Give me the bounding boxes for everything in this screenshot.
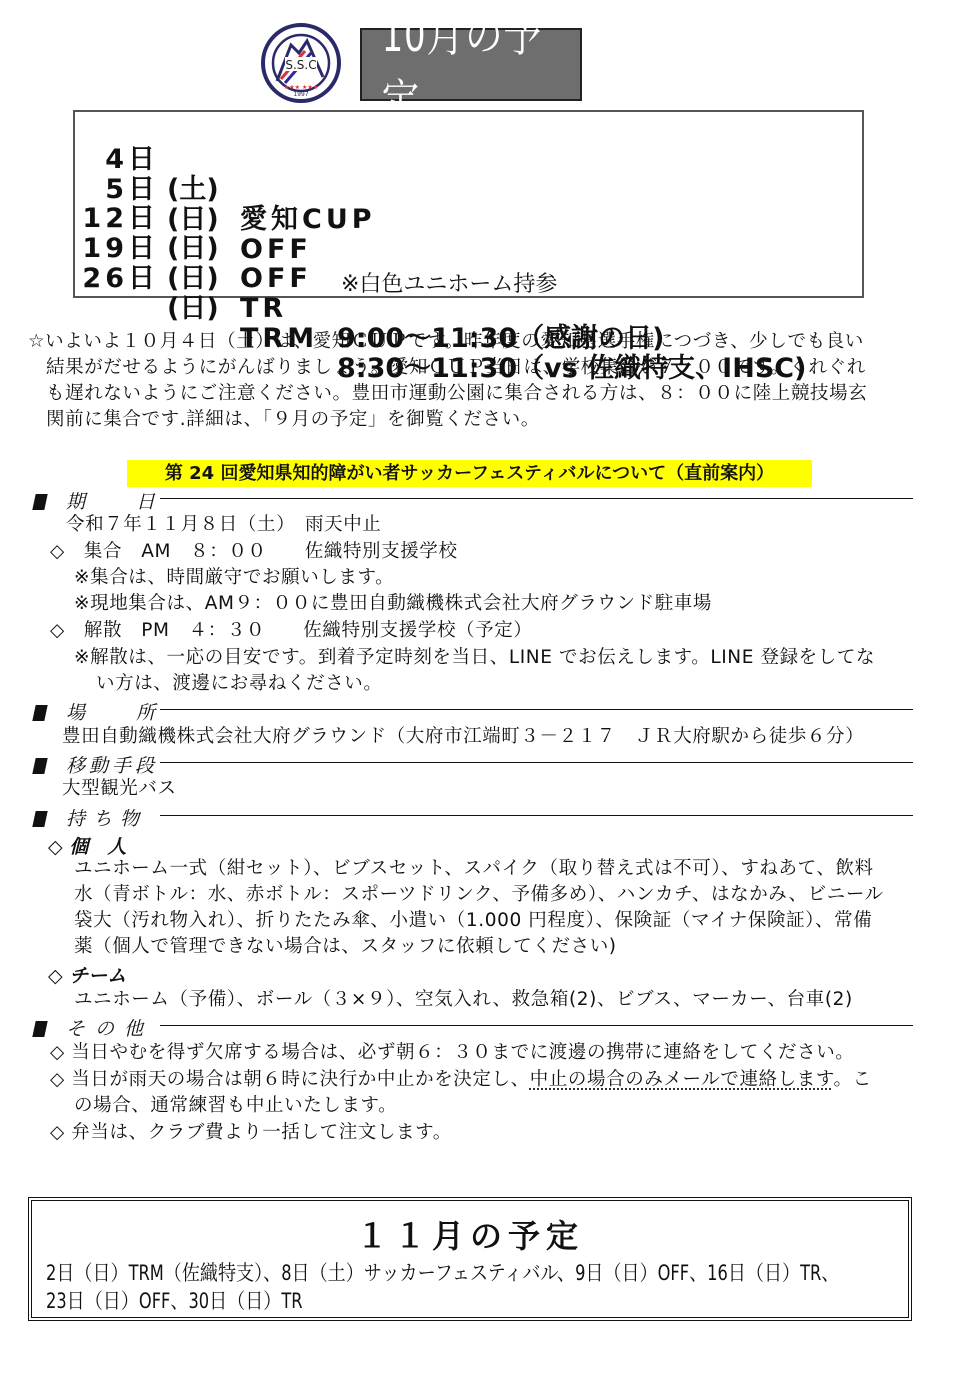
section-belongings-heading: 持ち物 — [34, 804, 147, 828]
intro-paragraph: ☆いよいよ１０月４日（土）は、愛知ＣＵＰです。昨年度の愛知県選手権につづき、少し… — [28, 329, 918, 433]
schedule-weekday: (日) — [167, 234, 219, 264]
section-place-heading: 場 所 — [34, 698, 171, 722]
october-schedule-box: 4日 (土) 愛知CUP 5日 (日) OFF 12日 (日) OFF 19日 … — [73, 110, 864, 298]
team-items-heading: ◇ チーム — [48, 961, 126, 988]
schedule-weekday: (土) — [167, 175, 219, 205]
personal-items-line: ユニホーム一式（紺セット）、ビブスセット、スパイク（取り替え式は不可）、すねあて… — [74, 856, 874, 882]
other-item: ◇ 当日やむを得ず欠席する場合は、必ず朝６：３０までに渡邊の携帯に連絡をしてくだ… — [50, 1040, 854, 1066]
svg-text:★★★ ★★★: ★★★ ★★★ — [284, 84, 318, 91]
dismiss-info: ◇ 解散 PM ４：３０ 佐織特別支援学校（予定） — [50, 618, 532, 644]
festival-heading: 第 24 回愛知県知的障がい者サッカーフェスティバルについて（直前案内） — [127, 460, 812, 487]
personal-items-line: 袋大（汚れ物入れ）、折りたたみ傘、小遣い（1.000 円程度）、保険証（マイナ保… — [74, 908, 872, 934]
schedule-activity: 愛知CUP — [240, 205, 376, 235]
divider — [160, 1025, 913, 1026]
team-items-line: ユニホーム（予備）、ボール（３×９）、空気入れ、救急箱(2)、ビブス、マーカー、… — [74, 987, 853, 1013]
club-emblem-icon: S.S.C 1997 ★★★ ★★★ — [261, 23, 341, 103]
uniform-note: ※白色ユニホーム持参 — [341, 267, 557, 298]
section-other-heading: その他 — [34, 1014, 153, 1038]
event-date: 令和７年１１月８日（土） 雨天中止 — [66, 512, 381, 538]
other-item: ◇ 当日が雨天の場合は朝６時に決行か中止かを決定し、中止の場合のみメールで連絡し… — [50, 1067, 872, 1093]
gather-note: ※現地集合は、AM９：００に豊田自動織機株式会社大府グラウンド駐車場 — [74, 591, 712, 617]
square-bullet-icon — [32, 1021, 47, 1037]
personal-items-line: 水（青ボトル：水、赤ボトル：スポーツドリンク、予備多め）、ハンカチ、はなかみ、ビ… — [74, 882, 884, 908]
other-item-text: 。こ — [833, 1069, 871, 1090]
gather-info: ◇ 集合 AM ８：００ 佐織特別支援学校 — [50, 539, 458, 565]
divider — [160, 709, 913, 710]
transport-text: 大型観光バス — [62, 776, 177, 802]
square-bullet-icon — [32, 494, 47, 510]
section-label: 持ち物 — [66, 808, 147, 830]
schedule-weekday: (日) — [167, 205, 219, 235]
section-transport-heading: 移動手段 — [34, 751, 158, 775]
svg-text:S.S.C: S.S.C — [285, 58, 316, 72]
section-label: その他 — [66, 1018, 153, 1040]
intro-line: 関前に集合です.詳細は、「９月の予定」を御覧ください。 — [28, 407, 918, 433]
schedule-activity: OFF — [240, 235, 312, 265]
schedule-day: 26日 — [75, 264, 159, 294]
personal-items-heading: ◇ 個 人 — [48, 832, 126, 859]
november-schedule-box: １１月の予定 2日（日）TRM（佐織特支）、8日（土）サッカーフェスティバル、9… — [28, 1197, 912, 1321]
divider — [160, 815, 913, 816]
intro-line: も遅れないようにご注意ください。豊田市運動公園に集合される方は、８：００に陸上競… — [28, 381, 918, 407]
november-line: 2日（日）TRM（佐織特支）、8日（土）サッカーフェスティバル、9日（日）OFF… — [46, 1257, 839, 1287]
divider — [160, 498, 913, 499]
schedule-row: 12日 (日) OFF — [75, 174, 113, 204]
section-label: 移動手段 — [66, 755, 158, 777]
intro-line: 結果がだせるようにがんばりましょう。愛知ＣＵＰ当日は、学校集合が７：００です。く… — [28, 355, 918, 381]
schedule-row: 26日 (日) TRM 8:30〜11:30（vs 佐織特支、IHSC) — [75, 234, 113, 264]
divider — [160, 762, 913, 763]
intro-line: ☆いよいよ１０月４日（土）は、愛知ＣＵＰです。昨年度の愛知県選手権につづき、少し… — [28, 329, 918, 355]
schedule-weekday: (日) — [167, 294, 219, 324]
other-item-cont: の場合、通常練習も中止いたします。 — [74, 1093, 397, 1119]
dismiss-note: ※解散は、一応の目安です。到着予定時刻を当日、LINE でお伝えします。LINE… — [74, 645, 875, 671]
section-label: 期 日 — [66, 491, 171, 513]
november-line: 23日（日）OFF、30日（日）TR — [46, 1285, 303, 1315]
schedule-row: 5日 (日) OFF — [75, 145, 113, 175]
page-title: 10月の予定 — [360, 28, 582, 101]
other-item: ◇ 弁当は、クラブ費より一括して注文します。 — [50, 1120, 452, 1146]
square-bullet-icon — [32, 811, 47, 827]
schedule-activity: TR — [240, 294, 287, 324]
section-label: 場 所 — [66, 702, 171, 724]
personal-items-line: 薬（個人で管理できない場合は、スタッフに依頼してください) — [74, 934, 617, 960]
underlined-text: 中止の場合のみメールで連絡します — [530, 1069, 834, 1090]
club-logo: S.S.C 1997 ★★★ ★★★ — [261, 23, 341, 103]
schedule-weekday: (日) — [167, 264, 219, 294]
dismiss-note: い方は、渡邊にお尋ねください。 — [96, 671, 383, 697]
square-bullet-icon — [32, 705, 47, 721]
november-title: １１月の予定 — [32, 1211, 908, 1257]
schedule-row: 19日 (日) TR 9:00〜11:30（感謝の日) — [75, 204, 113, 234]
schedule-row: 4日 (土) 愛知CUP — [75, 115, 113, 145]
section-date-heading: 期 日 — [34, 487, 171, 511]
gather-note: ※集合は、時間厳守でお願いします。 — [74, 565, 394, 591]
square-bullet-icon — [32, 758, 47, 774]
place-text: 豊田自動織機株式会社大府グラウンド（大府市江端町３－２１７ ＪＲ大府駅から徒歩６… — [62, 724, 864, 750]
other-item-text: ◇ 当日が雨天の場合は朝６時に決行か中止かを決定し、 — [50, 1069, 530, 1090]
schedule-activity: OFF — [240, 264, 312, 294]
svg-text:1997: 1997 — [293, 91, 308, 98]
